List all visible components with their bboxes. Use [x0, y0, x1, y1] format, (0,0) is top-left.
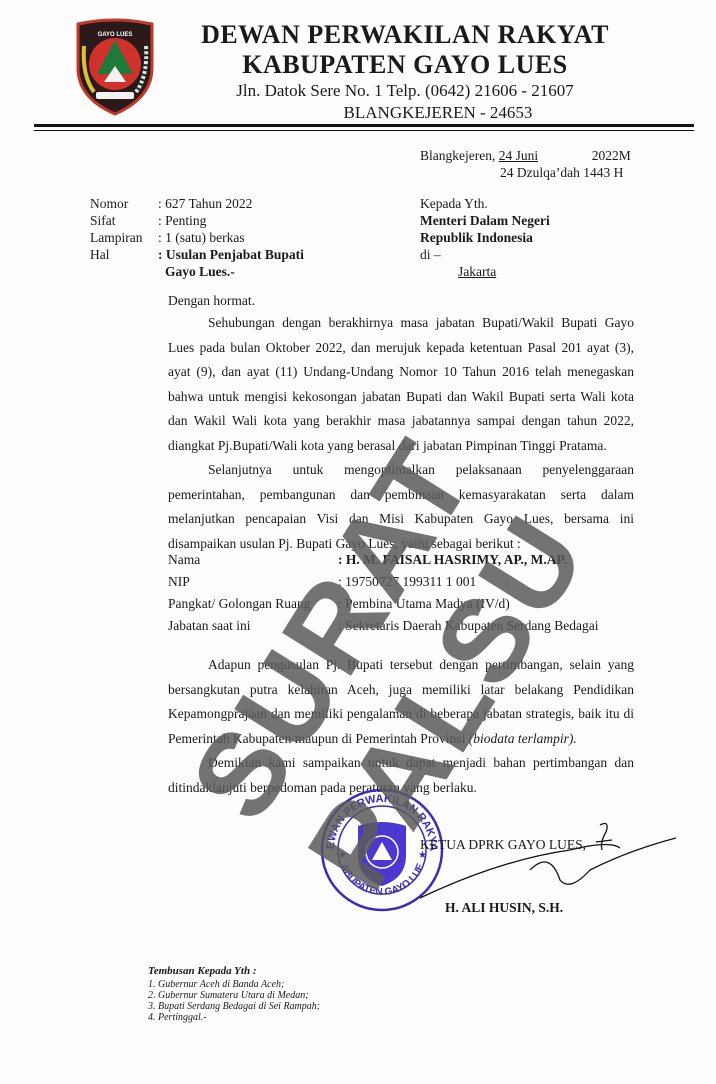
letterhead-title: DEWAN PERWAKILAN RAKYAT [150, 20, 660, 50]
meta-label: Lampiran [90, 230, 142, 245]
header-divider [34, 124, 694, 127]
meta-value: : 627 Tahun 2022 [158, 196, 252, 211]
recipient-greeting: Kepada Yth. [420, 195, 488, 212]
cc-title: Tembusan Kepada Yth : [148, 966, 320, 977]
meta-value: : 1 (satu) berkas [158, 230, 245, 245]
cc-item: 1. Gubernur Aceh di Banda Aceh; [148, 979, 320, 990]
coat-of-arms-icon: GAYO LUES [72, 16, 158, 116]
meta-label: Nomor [90, 196, 128, 211]
cc-item: 3. Bupati Serdang Bedagai di Sei Rampah; [148, 1001, 320, 1012]
signature-scribble-icon [380, 820, 680, 900]
letterhead-subtitle: KABUPATEN GAYO LUES [150, 50, 660, 80]
salutation: Dengan hormat. [168, 292, 255, 309]
recipient-line2: Republik Indonesia [420, 229, 533, 246]
cc-item: 2. Gubernur Sumatera Utara di Medan; [148, 990, 320, 1001]
candidate-row: NIP: 19750727 199311 1 001 [168, 574, 628, 594]
meta-label: Hal [90, 247, 110, 262]
body-paragraphs: Sehubungan dengan berakhirnya masa jabat… [168, 311, 634, 556]
letterhead-city: BLANGKEJEREN - 24653 [228, 103, 648, 123]
closing-paragraph: Adapun pengusulan Pj. Bupati tersebut de… [168, 653, 634, 751]
svg-text:★: ★ [338, 850, 347, 861]
candidate-row: Nama: H. M. FAISAL HASRIMY, AP., M.AP. [168, 552, 628, 572]
subject-value: : Usulan Penjabat Bupati [158, 247, 304, 262]
letter-date: Blangkejeren, 24 Juni2022M [420, 147, 631, 164]
header-divider-thin [34, 130, 694, 131]
candidate-row: Pangkat/ Golongan Ruang: Pembina Utama M… [168, 596, 628, 616]
body-paragraph: Sehubungan dengan berakhirnya masa jabat… [168, 311, 634, 458]
recipient-line1: Menteri Dalam Negeri [420, 212, 550, 229]
body-paragraph: Selanjutnya untuk mengoptimalkan pelaksa… [168, 458, 634, 556]
signatory-title: KETUA DPRK GAYO LUES, [420, 836, 586, 853]
recipient-di: di – [420, 246, 441, 263]
letterhead-address: Jln. Datok Sere No. 1 Telp. (0642) 21606… [150, 81, 660, 101]
letter-date-hijri: 24 Dzulqa’dah 1443 H [500, 164, 623, 181]
recipient-city: Jakarta [458, 263, 496, 280]
subject-value-cont: Gayo Lues.- [165, 264, 235, 279]
svg-text:GAYO LUES: GAYO LUES [98, 32, 133, 38]
signatory-name: H. ALI HUSIN, S.H. [445, 899, 563, 916]
candidate-row: Jabatan saat ini: Sekretaris Daerah Kabu… [168, 618, 628, 638]
meta-label: Sifat [90, 213, 116, 228]
cc-item: 4. Pertinggal.- [148, 1012, 320, 1023]
letter-page: GAYO LUES DEWAN PERWAKILAN RAKYAT KABUPA… [0, 0, 716, 1084]
closing-paragraphs: Adapun pengusulan Pj. Bupati tersebut de… [168, 653, 634, 800]
cc-list: Tembusan Kepada Yth : 1. Gubernur Aceh d… [148, 966, 320, 1023]
meta-value: : Penting [158, 213, 206, 228]
